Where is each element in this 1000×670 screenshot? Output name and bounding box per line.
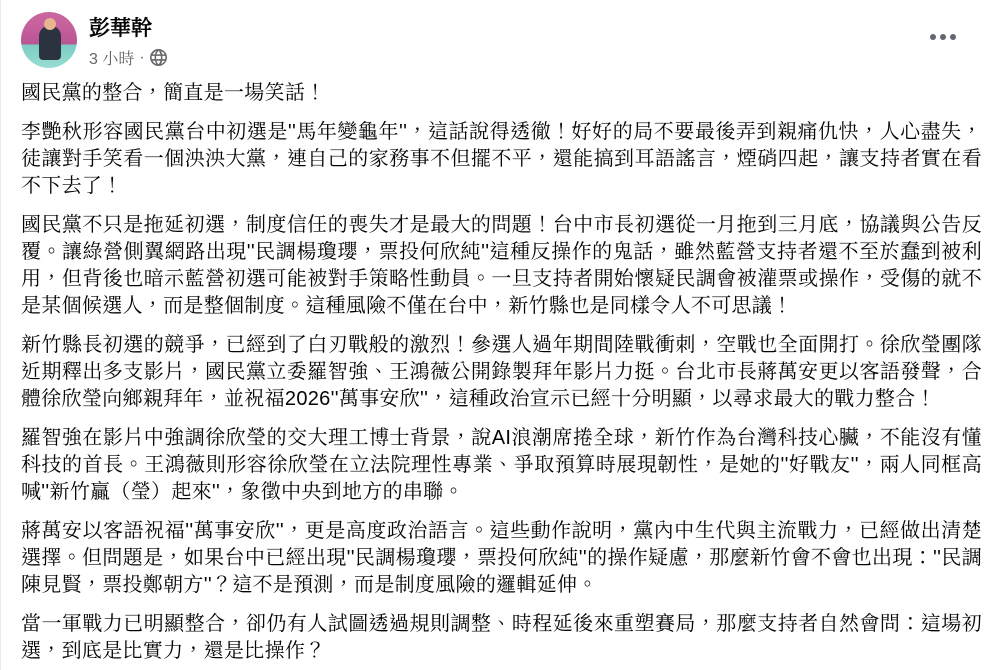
more-options-icon (930, 34, 936, 40)
facebook-post: 彭華幹 3 小時 · 國民黨的整合，簡直是一場笑話！ 李艷秋形容國民黨台中初選是… (0, 0, 1000, 670)
post-header-info: 彭華幹 3 小時 · (89, 12, 167, 69)
more-options-button[interactable] (924, 28, 962, 46)
post-paragraph: 新竹縣長初選的競爭，已經到了白刃戰般的激烈！參選人過年期間陸戰衝刺，空戰也全面開… (21, 332, 982, 413)
meta-separator: · (139, 49, 144, 67)
post-text: 國民黨的整合，簡直是一場笑話！ 李艷秋形容國民黨台中初選是''馬年變龜年''，這… (1, 75, 1000, 665)
post-header: 彭華幹 3 小時 · (1, 0, 1000, 75)
post-paragraph: 國民黨不只是拖延初選，制度信任的喪失才是最大的問題！台中市長初選從一月拖到三月底… (21, 212, 982, 320)
post-paragraph: 羅智強在影片中強調徐欣瑩的交大理工博士背景，說AI浪潮席捲全球，新竹作為台灣科技… (21, 425, 982, 506)
post-paragraph: 蔣萬安以客語祝福''萬事安欣''，更是高度政治語言。這些動作說明，黨內中生代與主… (21, 518, 982, 599)
more-options-icon (940, 34, 946, 40)
post-paragraph: 當一軍戰力已明顯整合，卻仍有人試圖透過規則調整、時程延後來重塑賽局，那麼支持者自… (21, 611, 982, 665)
avatar[interactable] (21, 12, 77, 68)
post-paragraph: 國民黨的整合，簡直是一場笑話！ (21, 80, 982, 107)
post-paragraph: 李艷秋形容國民黨台中初選是''馬年變龜年''，這話說得透徹！好好的局不要最後弄到… (21, 119, 982, 200)
more-options-icon (950, 34, 956, 40)
timestamp[interactable]: 3 小時 (89, 46, 134, 69)
globe-icon (150, 49, 167, 66)
post-meta: 3 小時 · (89, 46, 167, 69)
author-name[interactable]: 彭華幹 (89, 16, 167, 41)
